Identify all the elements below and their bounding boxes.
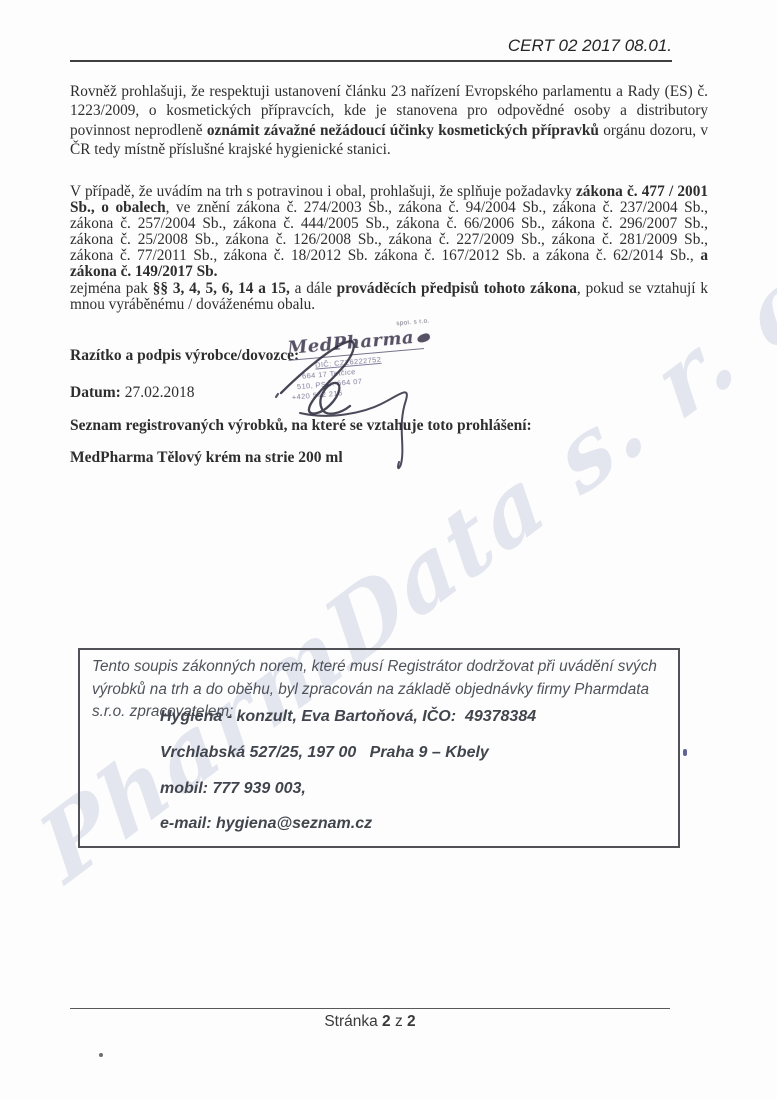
declaration-paragraph-cosmetics: Rovněž prohlašuji, že respektuji ustanov… (70, 82, 708, 160)
declaration-paragraph-packaging: V případě, že uvádím na trh s potravinou… (70, 184, 708, 313)
document-reference-code: CERT 02 2017 08.01. (70, 36, 672, 56)
document-content: CERT 02 2017 08.01. Rovněž prohlašuji, ž… (0, 0, 777, 1100)
handwritten-signature (258, 323, 428, 488)
processor-mobile-line: mobil: 777 939 003, (160, 780, 306, 798)
packaging-laws-text: V případě, že uvádím na trh s potravinou… (70, 183, 708, 280)
date-line: Datum: 27.02.2018 (70, 384, 194, 402)
packaging-sections-text: zejména pak §§ 3, 4, 5, 6, 14 a 15, a dá… (70, 280, 708, 313)
processor-name-line: Hygiena - konzult, Eva Bartoňová, IČO: 4… (160, 708, 536, 726)
page-number: Stránka 2 z 2 (70, 1013, 670, 1031)
ink-dot (99, 1053, 103, 1057)
scanned-document-page: PharmData s. r. o. CERT 02 2017 08.01. R… (0, 0, 777, 1100)
processor-email-line: e-mail: hygiena@seznam.cz (160, 815, 372, 833)
ink-speck (683, 749, 687, 756)
processor-address-line: Vrchlabská 527/25, 197 00 Praha 9 – Kbel… (160, 744, 489, 762)
processor-info-box: Tento soupis zákonných norem, které musí… (78, 648, 680, 848)
header-divider-line (70, 60, 672, 62)
footer-divider-line (70, 1008, 670, 1009)
